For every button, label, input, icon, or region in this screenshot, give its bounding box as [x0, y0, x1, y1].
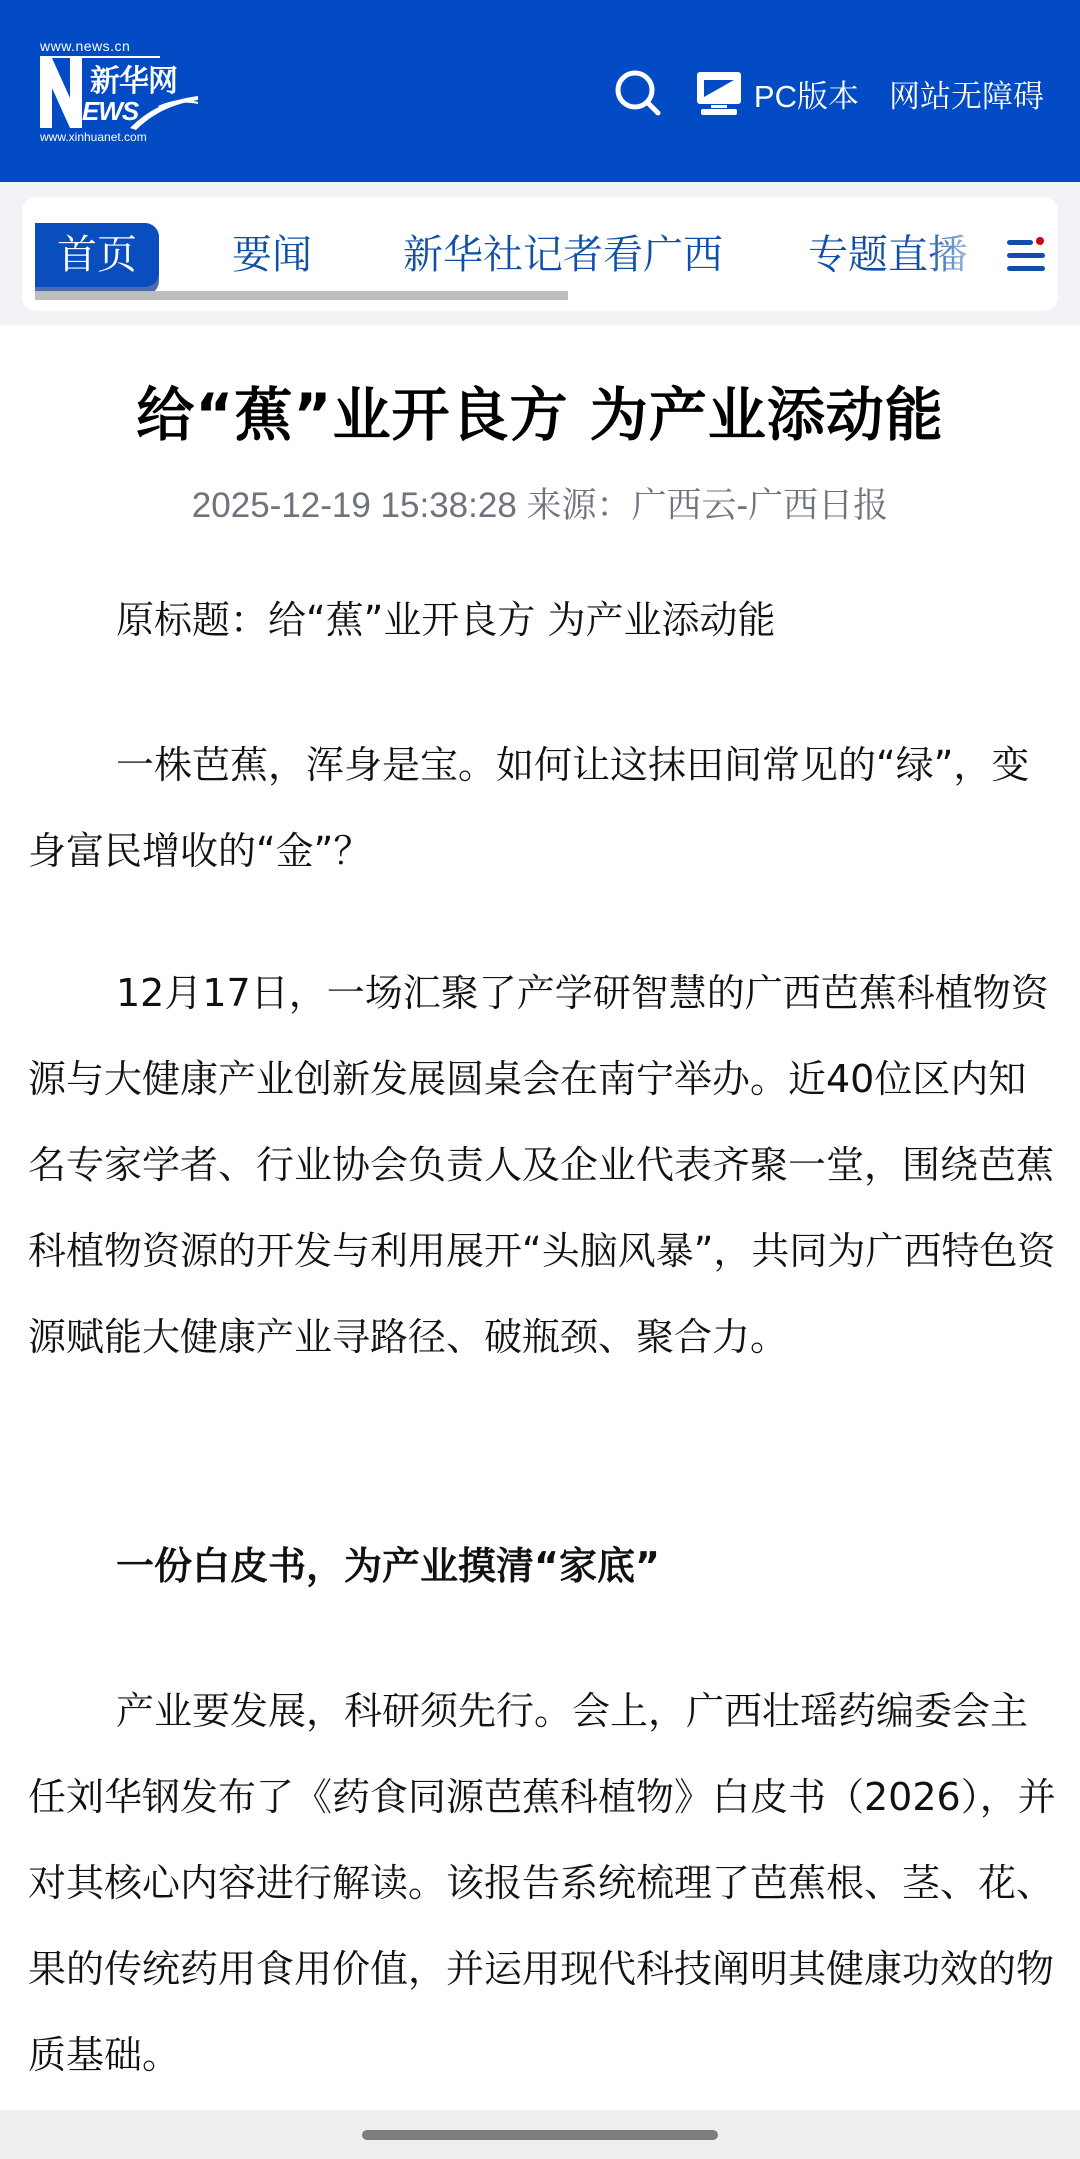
- xinhua-logo[interactable]: www.news.cn 新华网 EWS www.xinhuanet.com: [40, 38, 200, 148]
- tab-fade-overlay: [925, 223, 995, 289]
- accessibility-link[interactable]: 网站无障碍: [889, 71, 1044, 116]
- home-indicator[interactable]: [362, 2130, 718, 2140]
- system-navigation-bar: [0, 2110, 1080, 2159]
- logo-swoosh-icon: [128, 90, 200, 130]
- header-actions: PC版本 网站无障碍: [614, 66, 1044, 120]
- search-icon[interactable]: [614, 69, 662, 117]
- tab-scroll-indicator[interactable]: [35, 291, 568, 300]
- tab-xinhua-reporters-guangxi[interactable]: 新华社记者看广西: [403, 223, 723, 289]
- pc-version-button[interactable]: PC版本: [696, 70, 859, 116]
- article-paragraph-whitepaper: 产业要发展，科研须先行。会上，广西壮瑶药编委会主任刘华钢发布了《药食同源芭蕉科植…: [28, 1668, 1056, 2098]
- logo-url-top: www.news.cn: [40, 38, 130, 54]
- article-subheading: 一份白皮书，为产业摸清“家底”: [28, 1523, 1056, 1609]
- article-paragraph-original-title: 原标题：给“蕉”业开良方 为产业添动能: [28, 577, 1056, 663]
- pc-version-label: PC版本: [754, 71, 859, 116]
- logo-url-bottom: www.xinhuanet.com: [40, 130, 147, 144]
- tab-home[interactable]: 首页: [35, 223, 159, 287]
- menu-icon[interactable]: [1004, 227, 1054, 277]
- monitor-icon: [696, 70, 742, 116]
- article-meta: 2025-12-19 15:38:28 来源：广西云-广西日报: [0, 478, 1080, 528]
- article-paragraph-intro: 一株芭蕉，浑身是宝。如何让这抹田间常见的“绿”，变身富民增收的“金”？: [28, 722, 1056, 894]
- tab-headlines[interactable]: 要闻: [232, 223, 312, 289]
- logo-n-glyph: [40, 58, 84, 128]
- channel-tabs[interactable]: 首页 要闻 新华社记者看广西 专题直播: [35, 223, 995, 291]
- channel-nav-card: 首页 要闻 新华社记者看广西 专题直播: [22, 197, 1058, 311]
- site-header: www.news.cn 新华网 EWS www.xinhuanet.com PC…: [0, 0, 1080, 182]
- article-title: 给“蕉”业开良方 为产业添动能: [0, 368, 1080, 452]
- article-paragraph-event: 12月17日，一场汇聚了产学研智慧的广西芭蕉科植物资源与大健康产业创新发展圆桌会…: [28, 950, 1056, 1380]
- channel-nav: 首页 要闻 新华社记者看广西 专题直播: [0, 182, 1080, 325]
